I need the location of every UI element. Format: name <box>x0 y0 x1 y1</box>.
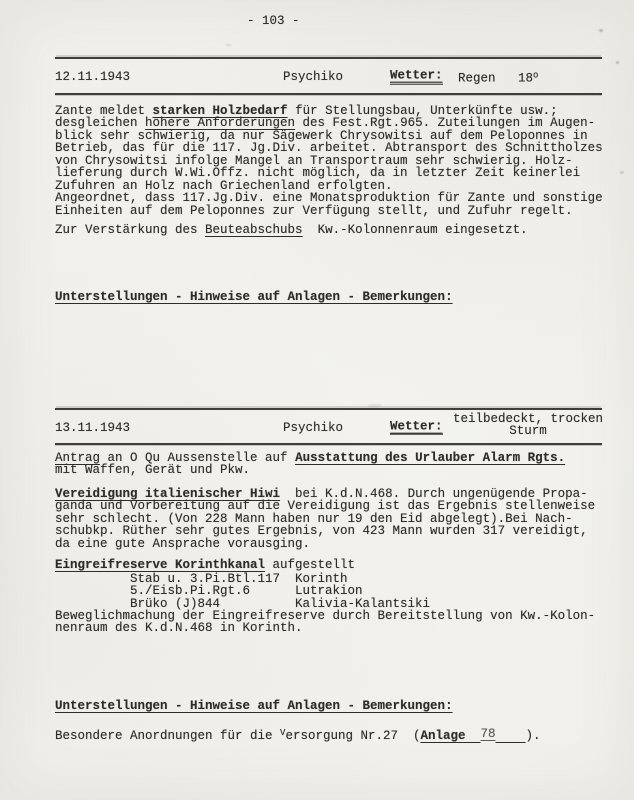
text-segment: Ausstattung des Urlauber Alarm Rgts. <box>295 451 565 465</box>
text-line: Regen 18o <box>458 70 538 85</box>
text-segment: Einheiten auf dem Peloponnes zur Verfügu… <box>55 204 573 218</box>
text-line: Unterstellungen - Hinweise auf Anlagen -… <box>55 291 453 303</box>
entry-header-2: 13.11.1943 Psychiko Wetter: teilbedeckt,… <box>55 408 602 445</box>
text-segment: o <box>533 71 538 81</box>
text-segment: da eine gute Ansprache vorausging. <box>55 537 310 551</box>
text-segment: Unterstellungen - Hinweise auf Anlagen -… <box>55 699 453 713</box>
text-segment <box>496 729 526 743</box>
paragraph-besondere-anordnungen: Besondere Anordnungen für die Versorgung… <box>55 727 541 742</box>
scan-speck <box>226 44 231 46</box>
text-segment: Unterstellungen - Hinweise auf Anlagen -… <box>55 290 453 304</box>
weather-label: Wetter: <box>390 70 443 85</box>
text-segment: ). <box>526 729 541 743</box>
text-segment: 78 <box>481 728 496 740</box>
entry-date: 12.11.1943 <box>55 71 130 83</box>
entry-location: Psychiko <box>283 421 343 433</box>
text-segment: ersorgung Nr.27 ( <box>285 729 420 743</box>
text-segment: Kw.-Kolonnenraum eingesetzt. <box>303 223 528 237</box>
text-line: Einheiten auf dem Peloponnes zur Verfügu… <box>55 205 603 217</box>
weather-value: Regen 18o <box>458 70 538 85</box>
paragraph-beuteabschub: Zur Verstärkung des Beuteabschubs Kw.-Ko… <box>55 224 528 236</box>
text-segment: nenraum des K.d.N.468 in Korinth. <box>55 621 303 635</box>
entry-header-1: 12.11.1943 Psychiko Wetter: Regen 18o <box>55 57 602 95</box>
entry-location: Psychiko <box>283 71 343 83</box>
paragraph-antrag: Antrag an O Qu Aussenstelle auf Ausstatt… <box>55 452 565 477</box>
scan-speck <box>599 29 603 32</box>
text-line: Unterstellungen - Hinweise auf Anlagen -… <box>55 700 453 712</box>
section-heading-unterstellungen-1: Unterstellungen - Hinweise auf Anlagen -… <box>55 291 453 303</box>
text-segment: mit Waffen, Gerät und Pkw. <box>55 463 250 477</box>
text-segment: Besondere Anordnungen für die <box>55 729 280 743</box>
text-segment: Eingreifreserve Korinthkanal <box>55 558 265 572</box>
scan-speck <box>368 404 382 407</box>
unit-location-list: Stab u. 3.Pi.Btl.117 Korinth 5./Eisb.Pi.… <box>55 573 430 610</box>
text-line: Zur Verstärkung des Beuteabschubs Kw.-Ko… <box>55 224 528 236</box>
entry-date: 13.11.1943 <box>55 421 130 433</box>
paragraph-eingreifreserve: Eingreifreserve Korinthkanal aufgestellt <box>55 559 355 571</box>
text-line: nenraum des K.d.N.468 in Korinth. <box>55 622 595 634</box>
text-line: Eingreifreserve Korinthkanal aufgestellt <box>55 559 355 571</box>
scan-speck <box>616 61 619 64</box>
paragraph-vereidigung: Vereidigung italienischer Hiwi bei K.d.N… <box>55 488 595 550</box>
weather-label: Wetter: <box>390 420 443 435</box>
text-segment: Sturm <box>509 424 547 438</box>
scan-speck <box>620 171 624 174</box>
document-page: - 103 - 12.11.1943 Psychiko Wetter: Rege… <box>0 0 634 800</box>
paragraph-zante-holzbedarf: Zante meldet starken Holzbedarf für Stel… <box>55 105 603 217</box>
text-line: da eine gute Ansprache vorausging. <box>55 538 595 550</box>
text-segment: Beuteabschubs <box>205 223 303 237</box>
text-segment: aufgestellt <box>265 558 355 572</box>
text-segment: Zur Verstärkung des <box>55 223 205 237</box>
text-line: Sturm <box>453 425 603 437</box>
page-number: - 103 - <box>247 15 300 27</box>
weather-value: teilbedeckt, trockenSturm <box>453 413 603 438</box>
paragraph-beweglichmachung: Beweglichmachung der Eingreifreserve dur… <box>55 610 595 635</box>
section-heading-unterstellungen-2: Unterstellungen - Hinweise auf Anlagen -… <box>55 700 453 712</box>
text-segment: Regen 18 <box>458 72 533 86</box>
text-line: Besondere Anordnungen für die Versorgung… <box>55 727 541 742</box>
text-line: mit Waffen, Gerät und Pkw. <box>55 464 565 476</box>
text-segment: Anlage <box>420 729 480 743</box>
